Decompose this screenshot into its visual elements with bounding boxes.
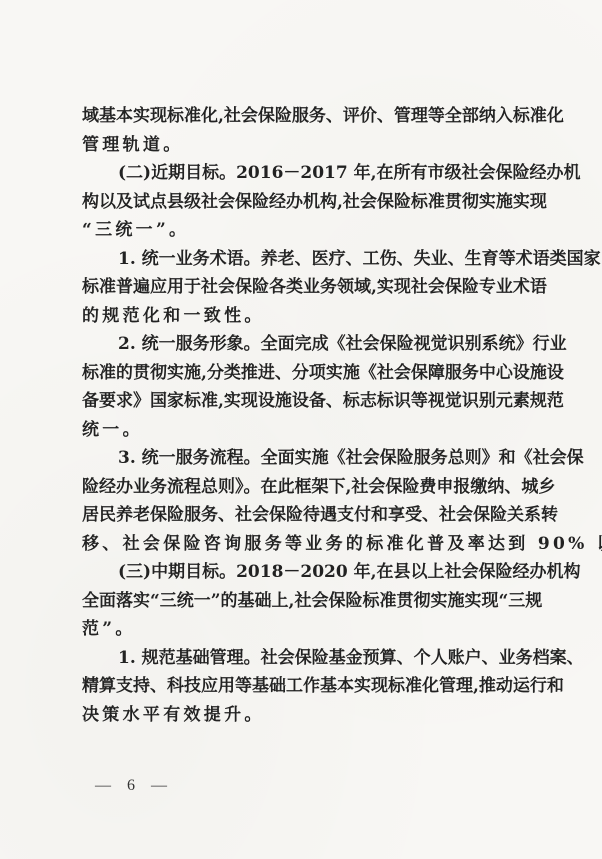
text-line: 全面落实“三统一”的基础上,社会保险标准贯彻实施实现“三规 — [82, 587, 538, 616]
text-line: 1. 规范基础管理。社会保险基金预算、个人账户、业务档案、 — [82, 644, 538, 673]
text-line: 1. 统一业务术语。养老、医疗、工伤、失业、生育等术语类国家 — [82, 245, 538, 274]
text-line: “三统一”。 — [82, 216, 538, 245]
text-line: 范”。 — [82, 615, 538, 644]
text-line: 统一。 — [82, 416, 538, 445]
text-line: (二)近期目标。2016－2017 年,在所有市级社会保险经办机 — [82, 159, 538, 188]
text-line: 标准的贯彻实施,分类推进、分项实施《社会保障服务中心设施设 — [82, 359, 538, 388]
body-text: 域基本实现标准化,社会保险服务、评价、管理等全部纳入标准化管理轨道。(二)近期目… — [82, 102, 538, 729]
text-line: 的规范化和一致性。 — [82, 302, 538, 331]
text-line: (三)中期目标。2018－2020 年,在县以上社会保险经办机构 — [82, 558, 538, 587]
text-line: 备要求》国家标准,实现设施设备、标志标识等视觉识别元素规范 — [82, 387, 538, 416]
text-line: 精算支持、科技应用等基础工作基本实现标准化管理,推动运行和 — [82, 672, 538, 701]
page-number: — 6 — — [95, 777, 173, 795]
text-line: 域基本实现标准化,社会保险服务、评价、管理等全部纳入标准化 — [82, 102, 538, 131]
text-line: 标准普遍应用于社会保险各类业务领域,实现社会保险专业术语 — [82, 273, 538, 302]
text-line: 2. 统一服务形象。全面完成《社会保险视觉识别系统》行业 — [82, 330, 538, 359]
text-line: 移、社会保险咨询服务等业务的标准化普及率达到 90% 以上。 — [82, 530, 538, 559]
text-line: 3. 统一服务流程。全面实施《社会保险服务总则》和《社会保 — [82, 444, 538, 473]
text-line: 决策水平有效提升。 — [82, 701, 538, 730]
text-line: 险经办业务流程总则》。在此框架下,社会保险费申报缴纳、城乡 — [82, 473, 538, 502]
text-line: 构以及试点县级社会保险经办机构,社会保险标准贯彻实施实现 — [82, 188, 538, 217]
document-page: 域基本实现标准化,社会保险服务、评价、管理等全部纳入标准化管理轨道。(二)近期目… — [0, 0, 602, 859]
text-line: 居民养老保险服务、社会保险待遇支付和享受、社会保险关系转 — [82, 501, 538, 530]
text-line: 管理轨道。 — [82, 131, 538, 160]
